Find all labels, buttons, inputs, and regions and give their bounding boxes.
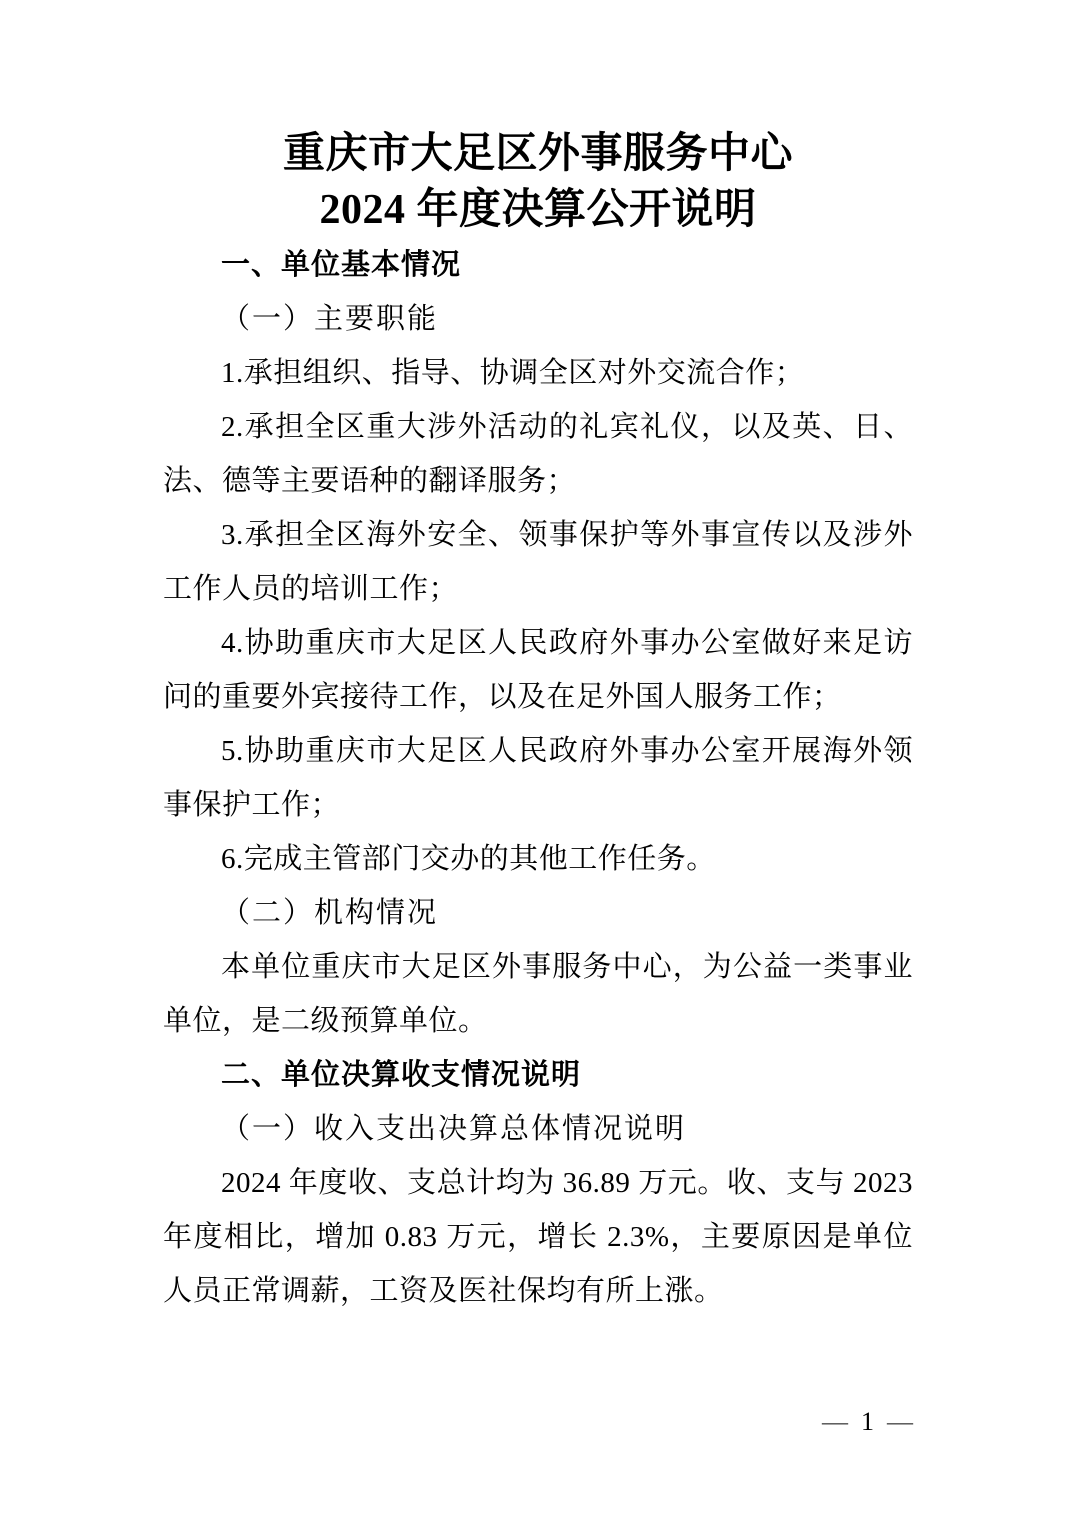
para-budget-summary: 2024 年度收、支总计均为 36.89 万元。收、支与 2023 年度相比，增… — [163, 1156, 913, 1318]
doc-title-line-1: 重庆市大足区外事服务中心 — [163, 126, 913, 182]
page-footer: —1— — [822, 1406, 913, 1438]
para-function-4: 4.协助重庆市大足区人民政府外事办公室做好来足访问的重要外宾接待工作，以及在足外… — [163, 616, 913, 724]
para-function-6: 6.完成主管部门交办的其他工作任务。 — [163, 832, 913, 886]
para-org-info: 本单位重庆市大足区外事服务中心，为公益一类事业单位，是二级预算单位。 — [163, 940, 913, 1048]
doc-title-line-2: 2024 年度决算公开说明 — [163, 182, 913, 238]
heading-section-2: 二、单位决算收支情况说明 — [163, 1048, 913, 1102]
para-function-5: 5.协助重庆市大足区人民政府外事办公室开展海外领事保护工作； — [163, 724, 913, 832]
heading-section-1-2: （二）机构情况 — [163, 886, 913, 940]
para-function-3: 3.承担全区海外安全、领事保护等外事宣传以及涉外工作人员的培训工作； — [163, 508, 913, 616]
page-number: 1 — [861, 1407, 874, 1436]
page-number-dash-left: — — [822, 1407, 848, 1436]
para-function-2: 2.承担全区重大涉外活动的礼宾礼仪，以及英、日、法、德等主要语种的翻译服务； — [163, 400, 913, 508]
document-page: 重庆市大足区外事服务中心 2024 年度决算公开说明 一、单位基本情况 （一）主… — [0, 0, 1075, 1520]
heading-section-1: 一、单位基本情况 — [163, 238, 913, 292]
heading-section-2-1: （一）收入支出决算总体情况说明 — [163, 1102, 913, 1156]
para-function-1: 1.承担组织、指导、协调全区对外交流合作； — [163, 346, 913, 400]
heading-section-1-1: （一）主要职能 — [163, 292, 913, 346]
page-number-dash-right: — — [887, 1407, 913, 1436]
